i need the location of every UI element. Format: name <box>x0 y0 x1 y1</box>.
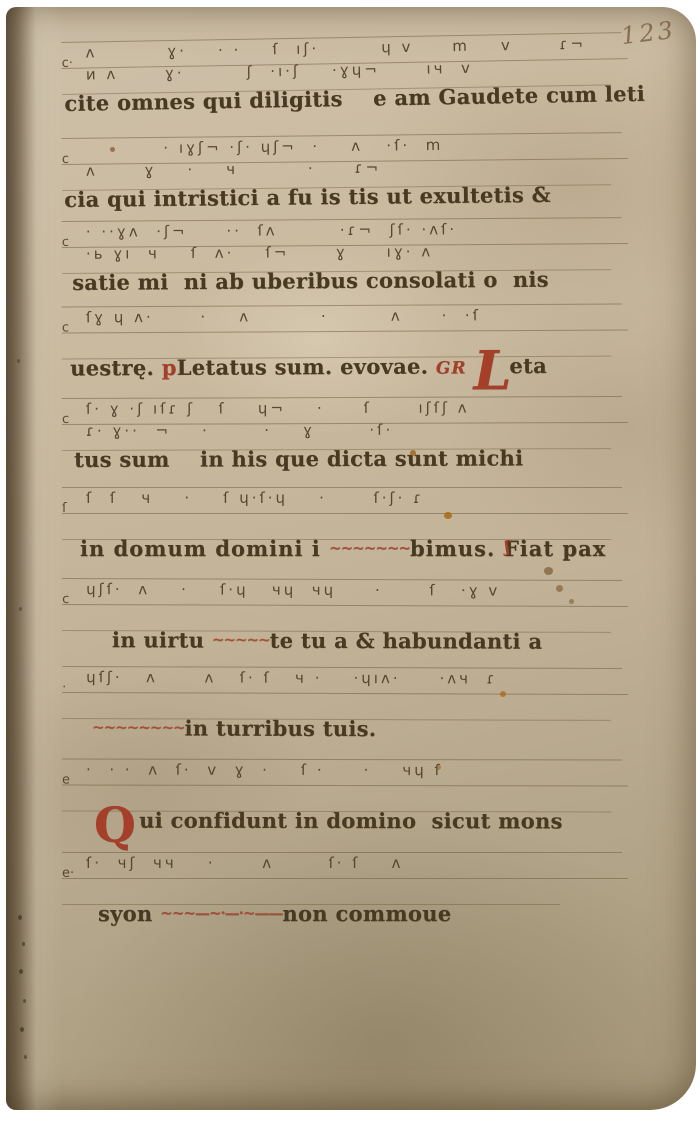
chant-text: ~~~~~~~~in turribus tuis. <box>64 715 377 741</box>
chant-text: in uirtu ~~~~~te tu a & habundanti a <box>64 627 542 654</box>
binding-stitch <box>24 1055 27 1059</box>
clef-letter: c <box>62 592 69 607</box>
music-system: c· ʌ ɣ· · · ſ ıʃ· ɥ v m v ɾ¬ и ʌ ɣ· ʃ ·ı… <box>61 32 628 128</box>
chant-text: syon ~~~—~·—·~——non commoue <box>64 901 451 926</box>
neumes-row: ſ· ɣ ·ʃ ıſɾ ʃ ſ ɥ¬ · ſ ıʃſʃ ʌ <box>86 399 470 418</box>
rubric-line-filler: ~~~~~~~ <box>329 539 410 557</box>
initial-Q: Q <box>94 798 136 854</box>
clef-letter: e <box>62 773 70 788</box>
rubric-ps-mark: p <box>162 355 177 380</box>
neumes-row: · ıɣʃ¬ ·ʃ· ɥʃ¬ · ʌ ·ſ· m <box>86 136 444 158</box>
chant-text-ink: non commoue <box>282 901 451 926</box>
chant-text-ink: Fiat pax <box>504 536 606 561</box>
music-system: c · ··ɣʌ ·ʃ¬ ·· ſʌ ·ɾ¬ ʃſ· ·ʌſ· ·ь ɣı ч … <box>62 217 629 307</box>
binding-stitch <box>22 942 25 946</box>
ink-stain <box>444 512 452 519</box>
music-system: · ɥſʃ· ʌ ʌ ſ· ſ ч · ·ɥıʌ· ·ʌч ɾ ~~~~~~~~… <box>62 666 628 754</box>
neumes-row: ɥʃſ· ʌ · ſ·ɥ чɥ чɥ · ſ ·ɣ v <box>86 580 500 599</box>
staff-line <box>62 604 628 607</box>
ink-stain <box>110 147 115 152</box>
chant-text-ink: Letatus sum. evovae. <box>177 354 436 380</box>
music-system: ſ ſ ſ ч · ſ ɥ·ſ·ɥ · ſ·ʃ· ɾ in domum domi… <box>62 487 628 573</box>
music-system: e· ſ· чʃ чч · ʌ ſ· ſ ʌ syon ~~~—~·—·~——n… <box>62 852 628 938</box>
clef-letter: c <box>62 235 69 250</box>
manuscript-page: 123 c· ʌ ɣ· · · ſ ıʃ· ɥ v m v ɾ¬ и ʌ ɣ· … <box>6 7 696 1110</box>
chant-text-ink: in turribus tuis. <box>184 715 376 741</box>
neumes-row: ʌ ɣ· · · ſ ıʃ· ɥ v m v ɾ¬ <box>85 35 586 62</box>
music-system: c ſɣ ɥ ʌ· · ʌ · ʌ · ·ſ uestrę. pLetatus … <box>62 304 628 393</box>
chant-text: tus sum in his que dicta sunt michi <box>64 445 523 472</box>
neumes-row: ſ ſ ч · ſ ɥ·ſ·ɥ · ſ·ʃ· ɾ <box>86 489 424 507</box>
chant-text-ink: syon <box>98 901 160 926</box>
rubric-line-filler: ~~~—~·—·~—— <box>160 904 282 922</box>
staff-line <box>62 692 628 695</box>
neumes-row: ɥſʃ· ʌ ʌ ſ· ſ ч · ·ɥıʌ· ·ʌч ɾ <box>86 668 497 687</box>
neumes-row: ɾ· ɣ·· ¬ · · ɣ ·ſ· <box>86 421 393 440</box>
chant-text-ink: satie mi ni ab uberibus consolati o nis <box>72 267 549 295</box>
chant-text-ink: cite omnes qui diligitis e am Gaudete cu… <box>64 81 645 116</box>
clef-letter: c· <box>62 56 74 71</box>
clef-letter: c <box>62 152 69 167</box>
binding-stitch <box>19 969 23 974</box>
binding-stitch <box>18 915 22 920</box>
ink-stain <box>500 691 506 697</box>
chant-text-ink: te tu a & habundanti a <box>270 628 543 654</box>
chant-text-ink: in domum domini i <box>80 536 329 561</box>
rubric-line-filler: ~~~~~ <box>212 631 270 649</box>
chant-text-ink: uestrę. <box>70 355 162 380</box>
neumes-row: · ··ɣʌ ·ʃ¬ ·· ſʌ ·ɾ¬ ʃſ· ·ʌſ· <box>86 220 458 241</box>
chant-text: cite omnes qui diligitis e am Gaudete cu… <box>64 81 645 116</box>
ink-stain <box>410 450 416 456</box>
binding-gutter <box>6 7 66 1110</box>
music-system: e · · · ʌ ſ· v ɣ · ſ · · чɥ ſ Qui confid… <box>62 759 628 846</box>
neumes-row: и ʌ ɣ· ʃ ·ı·ʃ ·ɣɥ¬ ıч v <box>86 59 473 84</box>
chant-text-ink: in uirtu <box>112 627 212 652</box>
manuscript-photo: 123 c· ʌ ɣ· · · ſ ıʃ· ɥ v m v ɾ¬ и ʌ ɣ· … <box>0 0 700 1125</box>
staff-line <box>62 878 628 879</box>
chant-text: in domum domini i ~~~~~~~bimus. ʃFiat pa… <box>64 536 606 561</box>
music-system: c ɥʃſ· ʌ · ſ·ɥ чɥ чɥ · ſ ·ɣ v in uirtu ~… <box>62 578 628 666</box>
rubric-flourish: ʃ <box>505 537 511 556</box>
clef-letter: · <box>62 680 66 695</box>
chant-text: uestrę. pLetatus sum. evovae. GR Leta <box>64 353 547 381</box>
music-system: c · ıɣʃ¬ ·ʃ· ɥʃ¬ · ʌ ·ſ· m ʌ ɣ · ч · ɾ¬ … <box>62 132 629 224</box>
chant-text: cia qui intristici a fu is tis ut exulte… <box>64 182 551 212</box>
clef-letter: e· <box>62 866 74 881</box>
neumes-row: ſɣ ɥ ʌ· · ʌ · ʌ · ·ſ <box>86 306 481 326</box>
binding-stitch <box>23 999 26 1003</box>
rubric-line-filler: ~~~~~~~~ <box>92 718 185 736</box>
ink-stain <box>436 765 441 770</box>
chant-text-ink: cia qui intristici a fu is tis ut exulte… <box>64 182 551 212</box>
staff-line <box>62 852 622 853</box>
neumes-row: ·ь ɣı ч ſ ʌ· ſ¬ ɣ ıɣ· ʌ <box>86 242 433 262</box>
neumes-row: ʌ ɣ · ч · ɾ¬ <box>86 159 381 180</box>
clef-letter: c <box>62 320 69 335</box>
chant-text: satie mi ni ab uberibus consolati o nis <box>64 267 549 295</box>
staff-line <box>62 513 628 514</box>
music-system: c ſ· ɣ ·ʃ ıſɾ ʃ ſ ɥ¬ · ſ ıʃſʃ ʌ ɾ· ɣ·· ¬… <box>62 396 628 484</box>
staff-line <box>62 330 628 334</box>
neumes-row: ſ· чʃ чч · ʌ ſ· ſ ʌ <box>86 854 404 872</box>
ink-stain <box>556 585 563 592</box>
folio-number: 123 <box>619 16 677 50</box>
binding-stitch <box>20 1027 24 1032</box>
binding-stitch <box>17 359 20 363</box>
initial-L: L <box>473 338 509 402</box>
chant-text-ink: ui confidunt in domino sicut mons <box>139 808 563 834</box>
gradual-rubric: GR <box>436 358 474 378</box>
chant-text-ink: tus sum in his que dicta sunt michi <box>74 445 523 472</box>
chant-text: Qui confidunt in domino sicut mons <box>64 808 563 834</box>
clef-letter: c <box>62 412 69 427</box>
chant-text-ink: bimus. <box>410 536 504 561</box>
chant-text-ink: eta <box>509 353 547 378</box>
staff-line <box>62 785 628 787</box>
ink-stain <box>544 567 553 575</box>
ink-stain <box>569 599 574 604</box>
staff-line <box>62 487 622 488</box>
binding-stitch <box>19 607 22 611</box>
neumes-row: · · · ʌ ſ· v ɣ · ſ · · чɥ ſ <box>86 761 443 780</box>
clef-letter: ſ <box>62 501 67 516</box>
